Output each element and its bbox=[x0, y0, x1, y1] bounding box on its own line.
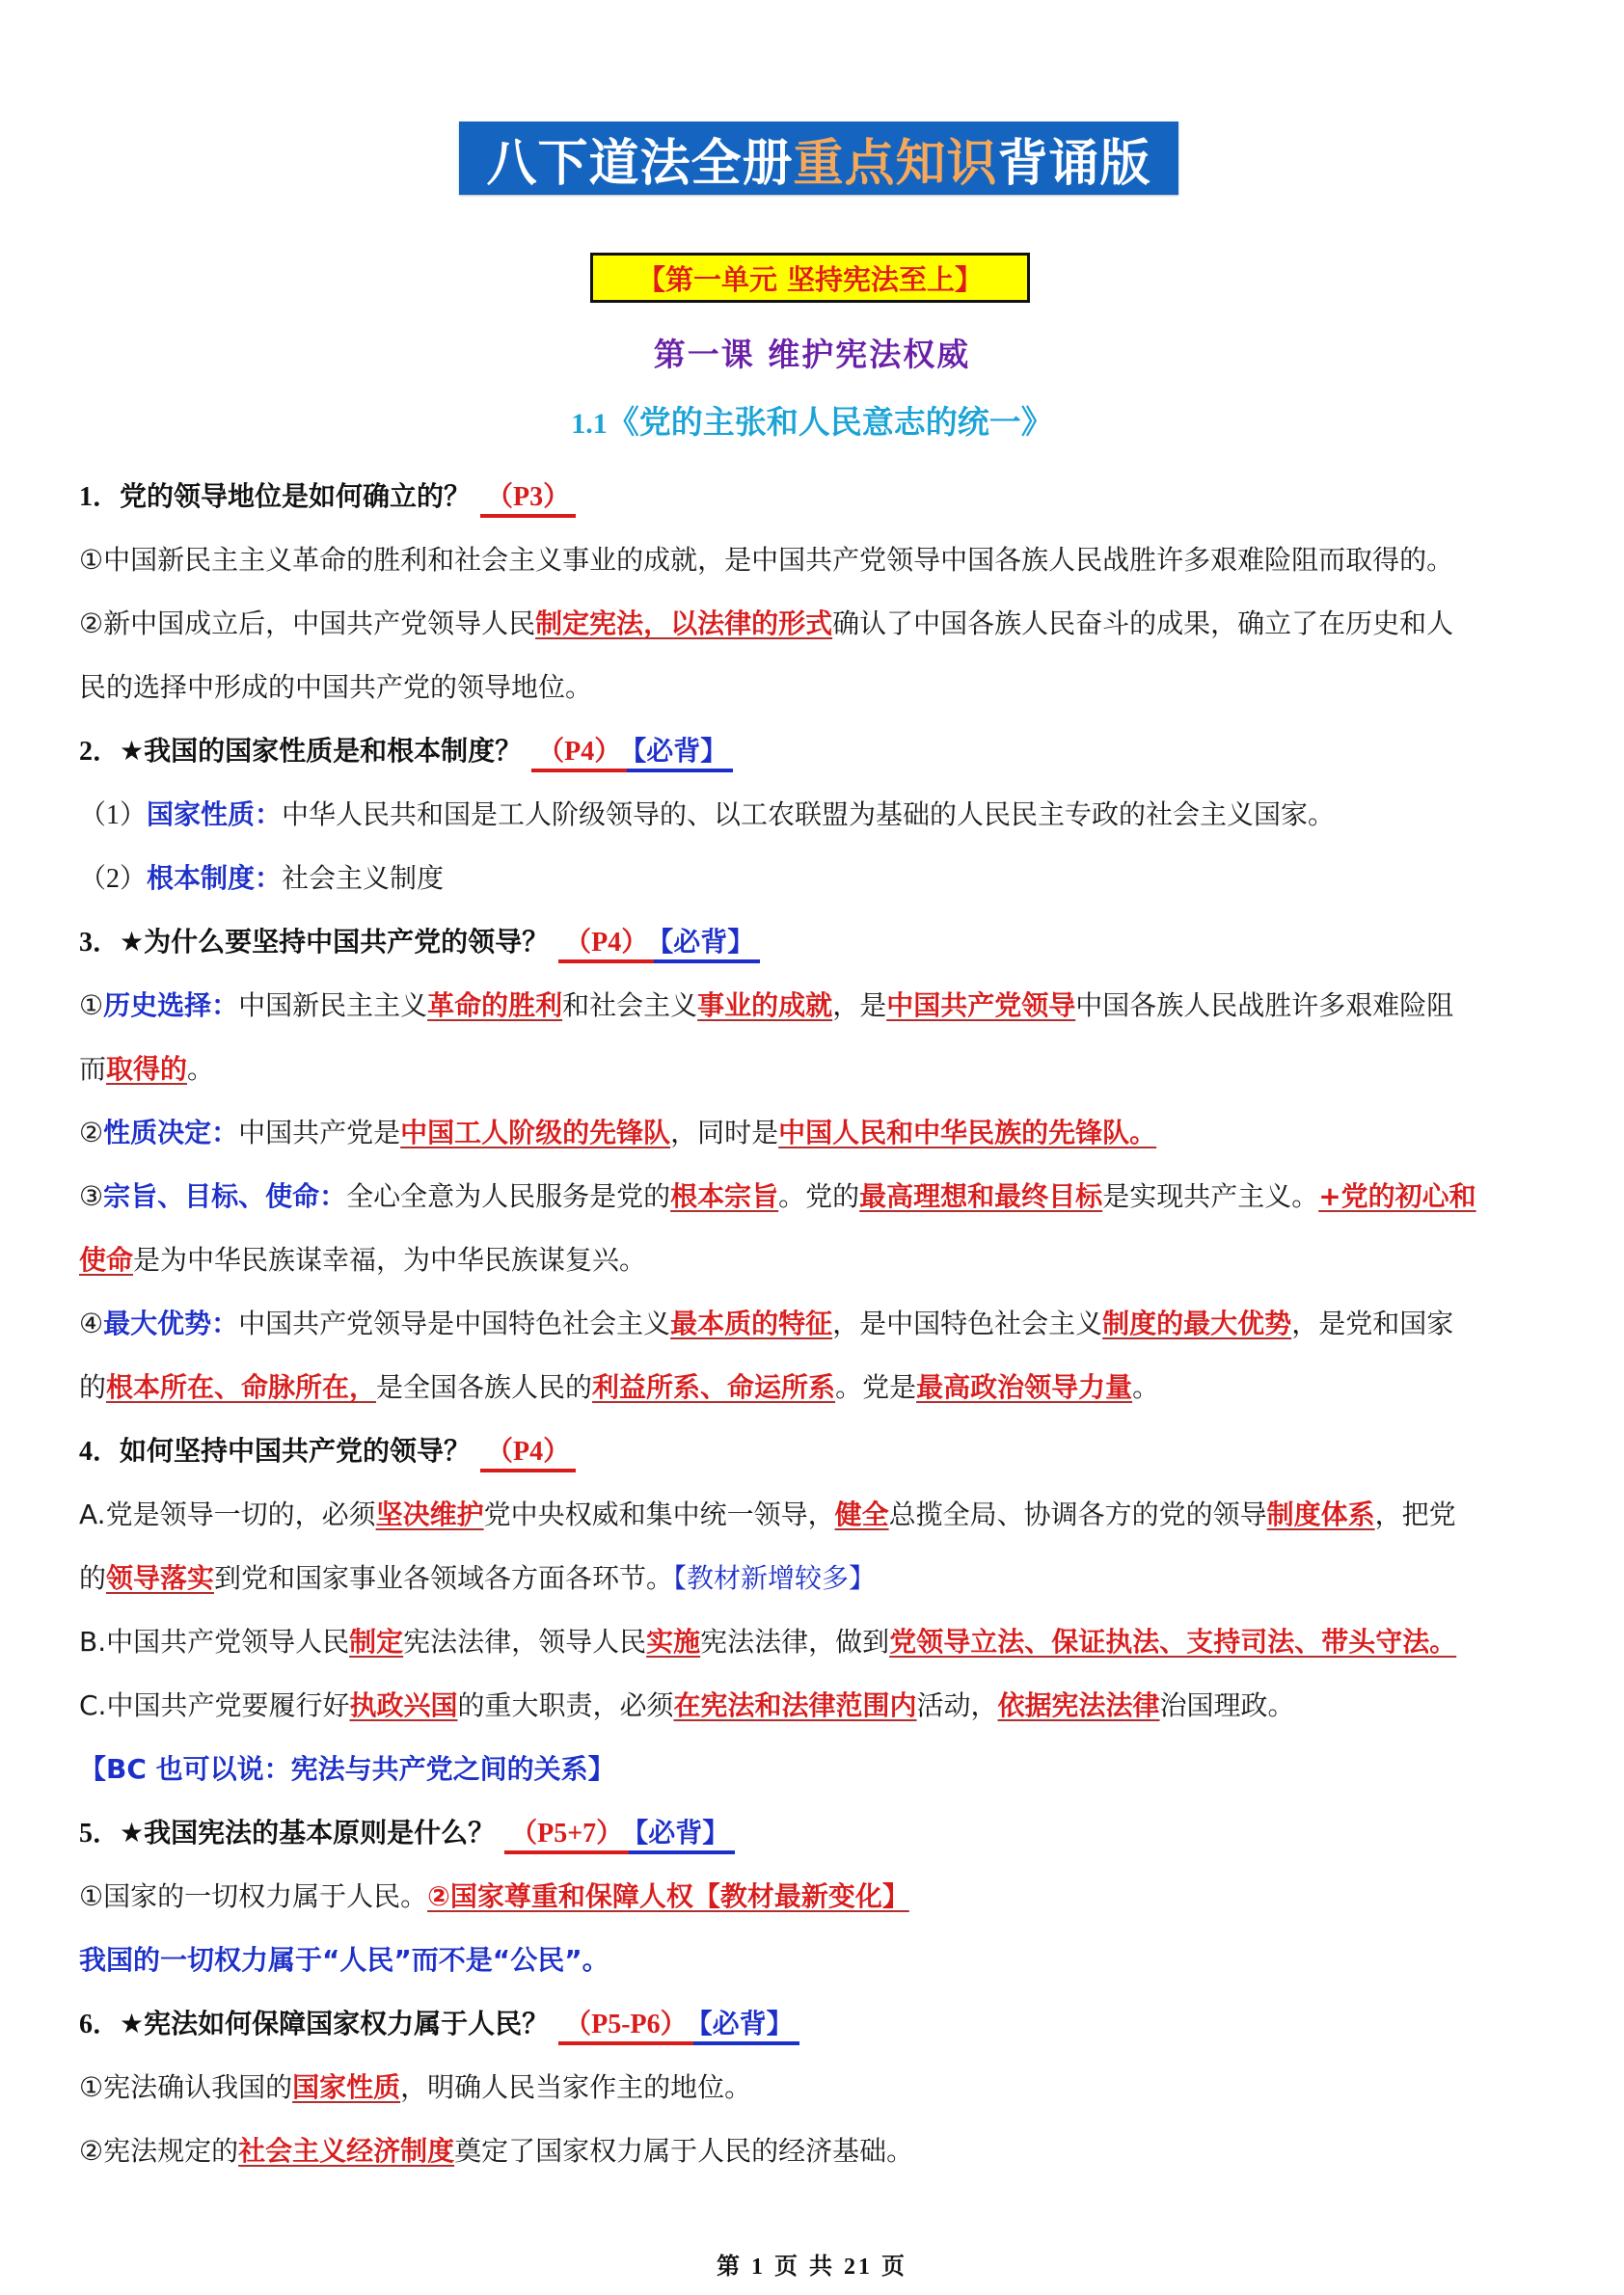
must-memorize-badge: 【必背】 bbox=[693, 2008, 799, 2045]
must-memorize-badge: 【必背】 bbox=[627, 735, 733, 772]
page-reference-badge: （P4） bbox=[558, 928, 654, 963]
label-blue: 根本制度： bbox=[147, 862, 282, 894]
title-part-1: 八下道法全册 bbox=[486, 122, 793, 195]
title-banner: 八下道法全册重点知识背诵版 bbox=[459, 121, 1178, 195]
question-heading: 4．如何坚持中国共产党的领导？（P4） bbox=[79, 1419, 1564, 1483]
keyword-highlight: 根本所在、命脉所在， bbox=[106, 1371, 376, 1403]
answer-text: A.党是领导一切的，必须 bbox=[79, 1498, 376, 1530]
keyword-highlight: 健全 bbox=[835, 1498, 889, 1530]
answer-text: ，是 bbox=[832, 989, 886, 1021]
answer-text: 。 bbox=[187, 1053, 214, 1085]
answer-text: 和社会主义 bbox=[562, 989, 697, 1021]
title-part-3: 背诵版 bbox=[998, 122, 1151, 195]
question-number: 3． bbox=[79, 928, 120, 958]
label-blue: 性质决定： bbox=[103, 1117, 238, 1148]
document-page: 八下道法全册重点知识背诵版 【第一单元 坚持宪法至上】 第一课 维护宪法权威 1… bbox=[0, 0, 1624, 2295]
answer-line: ①国家的一切权力属于人民。②国家尊重和保障人权【教材最新变化】 bbox=[79, 1865, 1564, 1929]
section-title: 1.1《党的主张和人民意志的统一》 bbox=[0, 397, 1624, 443]
keyword-highlight: 取得的 bbox=[106, 1053, 187, 1085]
question-number: 4． bbox=[79, 1437, 120, 1467]
answer-text: B.中国共产党领导人民 bbox=[79, 1626, 349, 1658]
answer-text: ② bbox=[79, 1117, 103, 1148]
answer-text: 宪法法律，领导人民 bbox=[403, 1626, 646, 1658]
keyword-highlight: 中国工人阶级的先锋队 bbox=[400, 1117, 670, 1148]
question-number: 5． bbox=[79, 1819, 120, 1849]
answer-text: 总揽全局、协调各方的党的领导 bbox=[889, 1498, 1267, 1530]
answer-text: 中国各族人民战胜许多艰难险阻 bbox=[1075, 989, 1453, 1021]
answer-text: 到党和国家事业各领域各方面各环节。 bbox=[214, 1562, 673, 1594]
answer-line: 的根本所在、命脉所在，是全国各族人民的利益所系、命运所系。党是最高政治领导力量。 bbox=[79, 1356, 1564, 1419]
answer-text: 。党是 bbox=[835, 1371, 916, 1403]
answer-text: ①宪法确认我国的 bbox=[79, 2071, 292, 2103]
keyword-highlight: 坚决维护 bbox=[376, 1498, 484, 1530]
answer-line: 使命是为中华民族谋幸福，为中华民族谋复兴。 bbox=[79, 1228, 1564, 1292]
question-heading: 6．★宪法如何保障国家权力属于人民？（P5-P6）【必背】 bbox=[79, 1992, 1564, 2056]
keyword-highlight: 党领导立法、保证执法、支持司法、带头守法。 bbox=[889, 1626, 1456, 1658]
label-blue: 最大优势： bbox=[103, 1308, 238, 1339]
answer-line: ①中国新民主主义革命的胜利和社会主义事业的成就，是中国共产党领导中国各族人民战胜… bbox=[79, 528, 1564, 592]
answer-line: 【BC 也可以说：宪法与共产党之间的关系】 bbox=[79, 1738, 1564, 1801]
label-blue: 历史选择： bbox=[103, 989, 238, 1021]
section-label: 《党的主张和人民意志的统一》 bbox=[608, 403, 1053, 441]
keyword-highlight: 在宪法和法律范围内 bbox=[673, 1689, 916, 1721]
answer-text: ①国家的一切权力属于人民。 bbox=[79, 1880, 427, 1912]
answer-text: ②宪法规定的 bbox=[79, 2135, 238, 2167]
keyword-highlight: +党的初心和 bbox=[1318, 1180, 1475, 1212]
answer-text: ④ bbox=[79, 1308, 103, 1339]
answer-line: 民的选择中形成的中国共产党的领导地位。 bbox=[79, 656, 1564, 719]
answer-text: C.中国共产党要履行好 bbox=[79, 1689, 349, 1721]
item-number: （2） bbox=[79, 864, 147, 894]
keyword-highlight: 依据宪法法律 bbox=[998, 1689, 1160, 1721]
answer-line: ①历史选择：中国新民主主义革命的胜利和社会主义事业的成就，是中国共产党领导中国各… bbox=[79, 974, 1564, 1038]
keyword-highlight: 制定宪法，以法律的形式 bbox=[535, 607, 832, 639]
label-blue: 宗旨、目标、使命： bbox=[103, 1180, 346, 1212]
question-number: 1． bbox=[79, 482, 120, 512]
answer-text: 是实现共产主义。 bbox=[1102, 1180, 1318, 1212]
answer-line: ②新中国成立后，中国共产党领导人民制定宪法，以法律的形式确认了中国各族人民奋斗的… bbox=[79, 592, 1564, 656]
answer-text: 确认了中国各族人民奋斗的成果，确立了在历史和人 bbox=[832, 607, 1453, 639]
answer-text: 奠定了国家权力属于人民的经济基础。 bbox=[454, 2135, 913, 2167]
answer-line: 的领导落实到党和国家事业各领域各方面各环节。【教材新增较多】 bbox=[79, 1547, 1564, 1610]
answer-text: ，是党和国家 bbox=[1291, 1308, 1453, 1339]
page-reference-badge: （P5+7） bbox=[504, 1819, 629, 1854]
keyword-highlight: 实施 bbox=[646, 1626, 700, 1658]
answer-line: ①宪法确认我国的国家性质，明确人民当家作主的地位。 bbox=[79, 2056, 1564, 2119]
page-reference-badge: （P4） bbox=[531, 737, 627, 772]
keyword-highlight: ②国家尊重和保障人权【教材最新变化】 bbox=[427, 1880, 909, 1912]
answer-text: 的 bbox=[79, 1562, 106, 1594]
label-blue: 我国的一切权力属于“人民”而不是“公民”。 bbox=[79, 1944, 609, 1976]
answer-line: ②性质决定：中国共产党是中国工人阶级的先锋队，同时是中国人民和中华民族的先锋队。 bbox=[79, 1101, 1564, 1165]
must-memorize-badge: 【必背】 bbox=[629, 1817, 735, 1854]
answer-line: ④最大优势：中国共产党领导是中国特色社会主义最本质的特征，是中国特色社会主义制度… bbox=[79, 1292, 1564, 1356]
answer-text: 。党的 bbox=[778, 1180, 859, 1212]
keyword-highlight: 社会主义经济制度 bbox=[238, 2135, 454, 2167]
answer-text: 是为中华民族谋幸福，为中华民族谋复兴。 bbox=[133, 1244, 646, 1276]
answer-text: ，把党 bbox=[1375, 1498, 1456, 1530]
page-reference-badge: （P5-P6） bbox=[558, 2010, 693, 2045]
page-reference-badge: （P3） bbox=[480, 482, 576, 518]
answer-line: 而取得的。 bbox=[79, 1038, 1564, 1101]
page-footer: 第 1 页 共 21 页 bbox=[0, 2247, 1624, 2281]
answer-text: 社会主义制度 bbox=[282, 862, 444, 894]
answer-text: 中国新民主主义 bbox=[238, 989, 427, 1021]
keyword-highlight: 根本宗旨 bbox=[670, 1180, 778, 1212]
answer-text: ① bbox=[79, 989, 103, 1021]
keyword-highlight: 利益所系、命运所系 bbox=[592, 1371, 835, 1403]
keyword-highlight: 使命 bbox=[79, 1244, 133, 1276]
keyword-highlight: 中国人民和中华民族的先锋队。 bbox=[778, 1117, 1156, 1148]
lesson-title: 第一课 维护宪法权威 bbox=[0, 330, 1624, 375]
answer-line: C.中国共产党要履行好执政兴国的重大职责，必须在宪法和法律范围内活动，依据宪法法… bbox=[79, 1674, 1564, 1738]
answer-text: ，同时是 bbox=[670, 1117, 778, 1148]
answer-text: 中国共产党领导是中国特色社会主义 bbox=[238, 1308, 670, 1339]
keyword-highlight: 制度体系 bbox=[1267, 1498, 1375, 1530]
question-heading: 2．★我国的国家性质是和根本制度？（P4）【必背】 bbox=[79, 719, 1564, 783]
answer-text: 。 bbox=[1132, 1371, 1159, 1403]
answer-line: A.党是领导一切的，必须坚决维护党中央权威和集中统一领导，健全总揽全局、协调各方… bbox=[79, 1483, 1564, 1547]
answer-text: ③ bbox=[79, 1180, 103, 1212]
answer-text: ①中国新民主主义革命的胜利和社会主义事业的成就，是中国共产党领导中国各族人民战胜… bbox=[79, 544, 1453, 576]
answer-text: 全心全意为人民服务是党的 bbox=[346, 1180, 670, 1212]
answer-text: 中华人民共和国是工人阶级领导的、以工农联盟为基础的人民民主专政的社会主义国家。 bbox=[282, 798, 1335, 830]
keyword-highlight: 事业的成就 bbox=[697, 989, 832, 1021]
answer-line: 我国的一切权力属于“人民”而不是“公民”。 bbox=[79, 1929, 1564, 1992]
page-reference-badge: （P4） bbox=[480, 1437, 576, 1472]
content-body: 1．党的领导地位是如何确立的？（P3）①中国新民主主义革命的胜利和社会主义事业的… bbox=[79, 465, 1564, 2183]
keyword-highlight: 中国共产党领导 bbox=[886, 989, 1075, 1021]
answer-text: ，明确人民当家作主的地位。 bbox=[400, 2071, 751, 2103]
question-heading: 1．党的领导地位是如何确立的？（P3） bbox=[79, 465, 1564, 528]
answer-text: 宪法法律，做到 bbox=[700, 1626, 889, 1658]
question-heading: 3．★为什么要坚持中国共产党的领导？（P4）【必背】 bbox=[79, 910, 1564, 974]
note-blue: 【教材新增较多】 bbox=[673, 1562, 876, 1594]
answer-text: 的重大职责，必须 bbox=[457, 1689, 673, 1721]
must-memorize-badge: 【必背】 bbox=[654, 926, 760, 963]
section-number: 1.1 bbox=[571, 408, 608, 440]
question-number: 6． bbox=[79, 2010, 120, 2039]
label-blue: 【BC 也可以说：宪法与共产党之间的关系】 bbox=[79, 1753, 615, 1785]
keyword-highlight: 执政兴国 bbox=[349, 1689, 457, 1721]
keyword-highlight: 革命的胜利 bbox=[427, 989, 562, 1021]
question-text: ★我国宪法的基本原则是什么？ bbox=[120, 1817, 495, 1849]
question-number: 2． bbox=[79, 737, 120, 767]
question-text: ★宪法如何保障国家权力属于人民？ bbox=[120, 2008, 549, 2039]
title-part-highlight: 重点知识 bbox=[793, 122, 997, 195]
keyword-highlight: 国家性质 bbox=[292, 2071, 400, 2103]
question-text: ★为什么要坚持中国共产党的领导？ bbox=[120, 926, 549, 958]
label-blue: 国家性质： bbox=[147, 798, 282, 830]
unit-heading: 【第一单元 坚持宪法至上】 bbox=[590, 253, 1030, 303]
item-number: （1） bbox=[79, 800, 147, 830]
keyword-highlight: 制定 bbox=[349, 1626, 403, 1658]
answer-line: ②宪法规定的社会主义经济制度奠定了国家权力属于人民的经济基础。 bbox=[79, 2119, 1564, 2183]
answer-text: 治国理政。 bbox=[1160, 1689, 1295, 1721]
keyword-highlight: 制度的最大优势 bbox=[1102, 1308, 1291, 1339]
answer-line: （2）根本制度：社会主义制度 bbox=[79, 847, 1564, 910]
answer-text: 是全国各族人民的 bbox=[376, 1371, 592, 1403]
keyword-highlight: 领导落实 bbox=[106, 1562, 214, 1594]
answer-text: 党中央权威和集中统一领导， bbox=[484, 1498, 835, 1530]
question-text: 党的领导地位是如何确立的？ bbox=[120, 480, 471, 512]
answer-text: 活动， bbox=[917, 1689, 998, 1721]
answer-text: ，是中国特色社会主义 bbox=[832, 1308, 1102, 1339]
keyword-highlight: 最本质的特征 bbox=[670, 1308, 832, 1339]
question-heading: 5．★我国宪法的基本原则是什么？（P5+7）【必背】 bbox=[79, 1801, 1564, 1865]
keyword-highlight: 最高理想和最终目标 bbox=[859, 1180, 1102, 1212]
answer-line: ③宗旨、目标、使命：全心全意为人民服务是党的根本宗旨。党的最高理想和最终目标是实… bbox=[79, 1165, 1564, 1228]
answer-text: 民的选择中形成的中国共产党的领导地位。 bbox=[79, 671, 592, 703]
answer-line: （1）国家性质：中华人民共和国是工人阶级领导的、以工农联盟为基础的人民民主专政的… bbox=[79, 783, 1564, 847]
answer-text: 的 bbox=[79, 1371, 106, 1403]
question-text: 如何坚持中国共产党的领导？ bbox=[120, 1435, 471, 1467]
answer-text: 中国共产党是 bbox=[238, 1117, 400, 1148]
answer-text: ②新中国成立后，中国共产党领导人民 bbox=[79, 607, 535, 639]
answer-line: B.中国共产党领导人民制定宪法法律，领导人民实施宪法法律，做到党领导立法、保证执… bbox=[79, 1610, 1564, 1674]
answer-text: 而 bbox=[79, 1053, 106, 1085]
keyword-highlight: 最高政治领导力量 bbox=[916, 1371, 1132, 1403]
question-text: ★我国的国家性质是和根本制度？ bbox=[120, 735, 522, 767]
